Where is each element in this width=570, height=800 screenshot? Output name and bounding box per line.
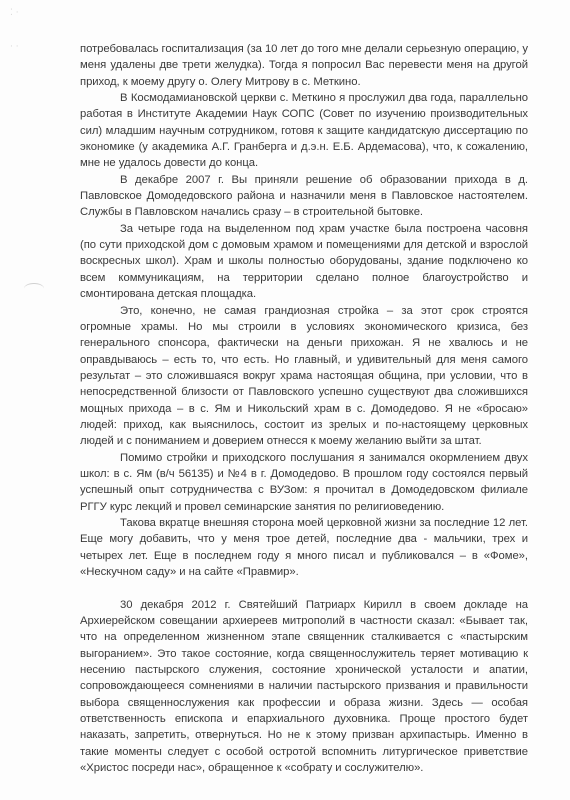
paragraph-summary-family: Такова вкратце внешняя сторона моей церк…: [80, 515, 528, 580]
scanned-document-page: ⁚ · · · потребовалась госпитализация (за…: [0, 0, 570, 800]
paragraph-pavlovskoe-parish: В декабре 2007 г. Вы приняли решение об …: [80, 172, 528, 221]
paragraph-metkino-church: В Космодамиановской церкви с. Меткино я …: [80, 90, 528, 172]
paragraph-community-result: Это, конечно, не самая грандиозная строй…: [80, 303, 528, 450]
paragraph-chapel-construction: За четыре года на выделенном под храм уч…: [80, 221, 528, 303]
scan-artifact-mark: ⁚ ·: [10, 8, 19, 18]
paragraph-schools-university: Помимо стройки и приходского послушания …: [80, 450, 528, 515]
paragraph-hospitalization: потребовалась госпитализация (за 10 лет …: [80, 41, 528, 90]
scan-artifact-mark: · ·: [10, 42, 19, 52]
document-body: потребовалась госпитализация (за 10 лет …: [80, 41, 528, 776]
hole-punch-arc-mark: [24, 283, 44, 294]
paragraph-patriarch-quote: 30 декабря 2012 г. Святейший Патриарх Ки…: [80, 597, 528, 777]
